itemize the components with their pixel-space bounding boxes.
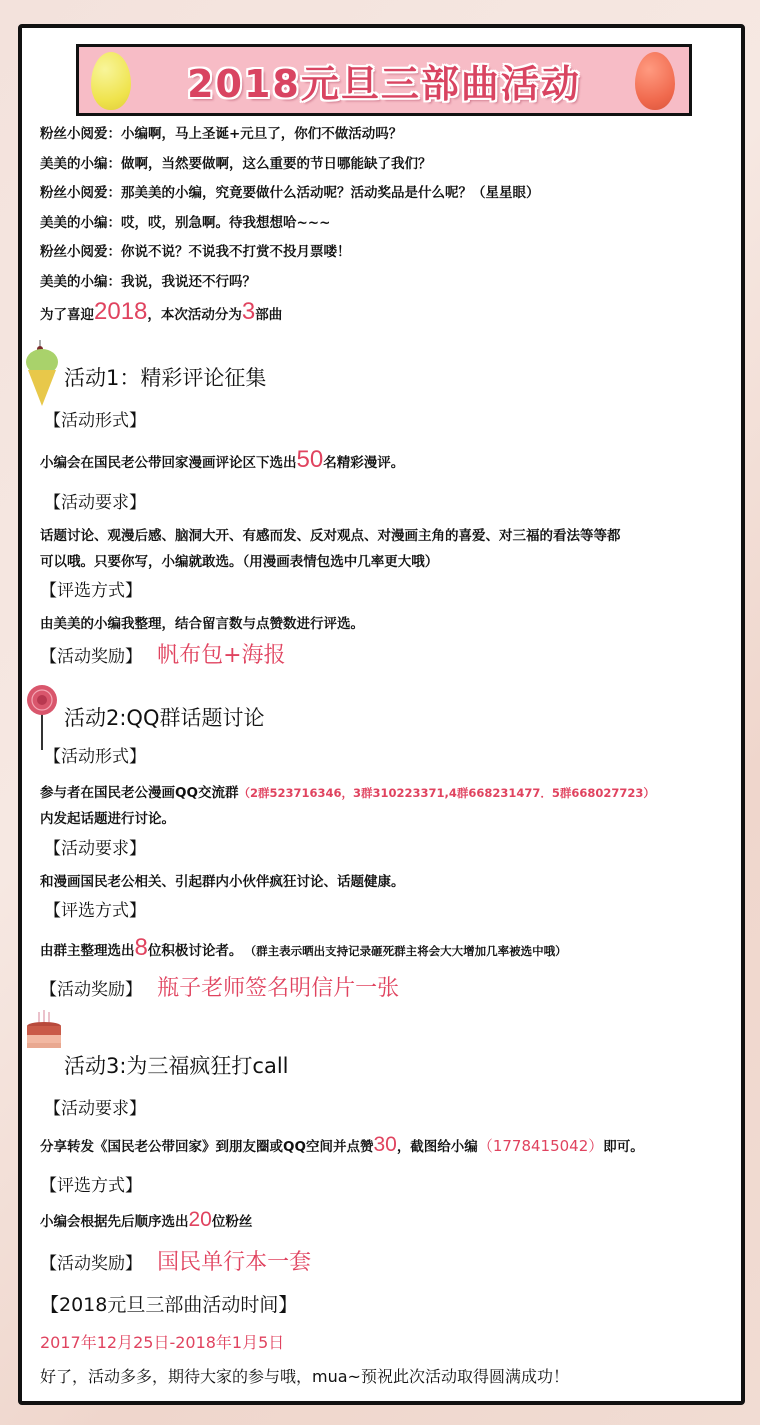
reward-heading: 【活动奖励】 bbox=[40, 980, 142, 1000]
activity1-requirement-heading: 【活动要求】 bbox=[44, 488, 146, 513]
activity1-selection-text: 由美美的小编我整理，结合留言数与点赞数进行评选。 bbox=[40, 612, 364, 632]
select-text-pre: 由群主整理选出 bbox=[40, 943, 135, 959]
activity2-title: 活动2:QQ群话题讨论 bbox=[64, 702, 265, 732]
activity2-form-heading: 【活动形式】 bbox=[44, 742, 146, 767]
dialog-text: 我说，我说还不行吗？ bbox=[121, 274, 256, 290]
dialog-line: 粉丝小阅爱：小编啊，马上圣诞+元旦了，你们不做活动吗？ bbox=[40, 120, 740, 150]
select-text-post: 位积极讨论者。 bbox=[148, 943, 243, 959]
activity3-reward-row: 【活动奖励】 国民单行本一套 bbox=[40, 1245, 311, 1276]
select-text-post: 位粉丝 bbox=[212, 1214, 253, 1230]
intro-middle: ，本次活动分为 bbox=[147, 307, 242, 323]
activity2-requirement-heading: 【活动要求】 bbox=[44, 834, 146, 859]
activity1-reward-row: 【活动奖励】 帆布包+海报 bbox=[40, 638, 286, 669]
like-count: 30 bbox=[373, 1133, 396, 1156]
form-text-post: 名精彩漫评。 bbox=[323, 455, 404, 471]
selection-note: （群主表示晒出支持记录砸死群主将会大大增加几率被选中哦） bbox=[250, 944, 566, 958]
activity1-form-text: 小编会在国民老公带回家漫画评论区下选出50名精彩漫评。 bbox=[40, 446, 404, 474]
activity3-selection-text: 小编会根据先后顺序选出20位粉丝 bbox=[40, 1208, 252, 1232]
dialog-line: 粉丝小阅爱：那美美的小编，究竟要做什么活动呢？活动奖品是什么呢？（星星眼） bbox=[40, 179, 740, 209]
req-text-post: 即可。 bbox=[603, 1139, 644, 1155]
intro-line: 为了喜迎2018，本次活动分为3部曲 bbox=[40, 298, 282, 326]
banner-title: 2018元旦三部曲活动 bbox=[187, 53, 581, 108]
activity2-selection-text: 由群主整理选出8位积极讨论者。（群主表示晒出支持记录砸死群主将会大大增加几率被选… bbox=[40, 934, 567, 962]
activity3-selection-heading: 【评选方式】 bbox=[40, 1171, 142, 1196]
req-text-mid: ，截图给小编 bbox=[397, 1139, 478, 1155]
req-text-pre: 分享转发《国民老公带回家》到朋友圈或QQ空间并点赞 bbox=[40, 1139, 373, 1155]
activity2-form-text: 参与者在国民老公漫画QQ交流群（2群523716346，3群310223371,… bbox=[40, 781, 655, 801]
form-text-pre: 小编会在国民老公带回家漫画评论区下选出 bbox=[40, 455, 297, 471]
activity1-requirement-line2: 可以哦。只要你写，小编就敢选。（用漫画表情包选中几率更大哦） bbox=[40, 550, 438, 570]
dialog-speaker: 美美的小编： bbox=[40, 215, 121, 231]
activity2-selection-heading: 【评选方式】 bbox=[44, 896, 146, 921]
dialog-line: 美美的小编：哎，哎，别急啊。待我想想哈~~~ bbox=[40, 209, 740, 239]
dialog-text: 你说不说？不说我不打赏不投月票喽！ bbox=[121, 244, 351, 260]
activity1-requirement-line1: 话题讨论、观漫后感、脑洞大开、有感而发、反对观点、对漫画主角的喜爱、对三福的看法… bbox=[40, 524, 621, 544]
yellow-balloon-icon bbox=[91, 52, 131, 110]
activity1-reward: 帆布包+海报 bbox=[157, 643, 285, 668]
form-text-pre: 参与者在国民老公漫画QQ交流群 bbox=[40, 785, 238, 801]
activity1-form-heading: 【活动形式】 bbox=[44, 406, 146, 431]
winner-count: 8 bbox=[135, 934, 148, 961]
activity1-title: 活动1：精彩评论征集 bbox=[64, 362, 266, 392]
intro-year: 2018 bbox=[94, 298, 147, 325]
activity3-requirement-heading: 【活动要求】 bbox=[44, 1094, 146, 1119]
activity3-title: 活动3:为三福疯狂打call bbox=[64, 1050, 289, 1080]
dialog-speaker: 粉丝小阅爱： bbox=[40, 185, 121, 201]
activity2-reward-row: 【活动奖励】 瓶子老师签名明信片一张 bbox=[40, 971, 399, 1002]
dialog-speaker: 粉丝小阅爱： bbox=[40, 126, 121, 142]
dialog-text: 做啊，当然要做啊，这么重要的节日哪能缺了我们？ bbox=[121, 156, 432, 172]
schedule-dates: 2017年12月25日-2018年1月5日 bbox=[40, 1330, 284, 1353]
activity1-selection-heading: 【评选方式】 bbox=[40, 576, 142, 601]
dialog-line: 美美的小编：我说，我说还不行吗？ bbox=[40, 268, 740, 298]
ice-cream-icon bbox=[25, 340, 59, 410]
orange-balloon-icon bbox=[635, 52, 675, 110]
dialog-text: 哎，哎，别急啊。待我想想哈~~~ bbox=[121, 215, 330, 231]
select-text-pre: 小编会根据先后顺序选出 bbox=[40, 1214, 189, 1230]
intro-suffix: 部曲 bbox=[255, 307, 282, 323]
dialog-text: 小编啊，马上圣诞+元旦了，你们不做活动吗？ bbox=[121, 126, 402, 142]
lollipop-icon bbox=[25, 684, 59, 750]
intro-prefix: 为了喜迎 bbox=[40, 307, 94, 323]
announcement-card: 2018元旦三部曲活动 粉丝小阅爱：小编啊，马上圣诞+元旦了，你们不做活动吗？ … bbox=[18, 24, 745, 1405]
activity3-reward: 国民单行本一套 bbox=[157, 1250, 311, 1275]
dialog-section: 粉丝小阅爱：小编啊，马上圣诞+元旦了，你们不做活动吗？ 美美的小编：做啊，当然要… bbox=[40, 120, 740, 297]
activity2-reward: 瓶子老师签名明信片一张 bbox=[157, 976, 399, 1001]
dialog-speaker: 美美的小编： bbox=[40, 274, 121, 290]
schedule-heading: 【2018元旦三部曲活动时间】 bbox=[40, 1290, 297, 1317]
intro-count: 3 bbox=[242, 298, 255, 325]
winner-count: 20 bbox=[189, 1208, 212, 1231]
activity2-form-text-line2: 内发起话题进行讨论。 bbox=[40, 807, 175, 827]
dialog-line: 粉丝小阅爱：你说不说？不说我不打赏不投月票喽！ bbox=[40, 238, 740, 268]
dialog-speaker: 美美的小编： bbox=[40, 156, 121, 172]
birthday-cake-icon bbox=[25, 1010, 63, 1050]
dialog-speaker: 粉丝小阅爱： bbox=[40, 244, 121, 260]
qq-group-list: （2群523716346，3群310223371,4群668231477．5群6… bbox=[238, 786, 654, 800]
dialog-line: 美美的小编：做啊，当然要做啊，这么重要的节日哪能缺了我们？ bbox=[40, 150, 740, 180]
reward-heading: 【活动奖励】 bbox=[40, 647, 142, 667]
activity2-requirement-text: 和漫画国民老公相关、引起群内小伙伴疯狂讨论、话题健康。 bbox=[40, 870, 405, 890]
editor-contact: （1778415042） bbox=[478, 1137, 603, 1155]
activity3-requirement-text: 分享转发《国民老公带回家》到朋友圈或QQ空间并点赞30，截图给小编（177841… bbox=[40, 1133, 644, 1157]
dialog-text: 那美美的小编，究竟要做什么活动呢？活动奖品是什么呢？（星星眼） bbox=[121, 185, 540, 201]
closing-text: 好了，活动多多，期待大家的参与哦，mua~预祝此次活动取得圆满成功！ bbox=[40, 1364, 569, 1387]
selection-count: 50 bbox=[297, 446, 324, 473]
title-banner: 2018元旦三部曲活动 bbox=[76, 44, 692, 116]
reward-heading: 【活动奖励】 bbox=[40, 1254, 142, 1274]
